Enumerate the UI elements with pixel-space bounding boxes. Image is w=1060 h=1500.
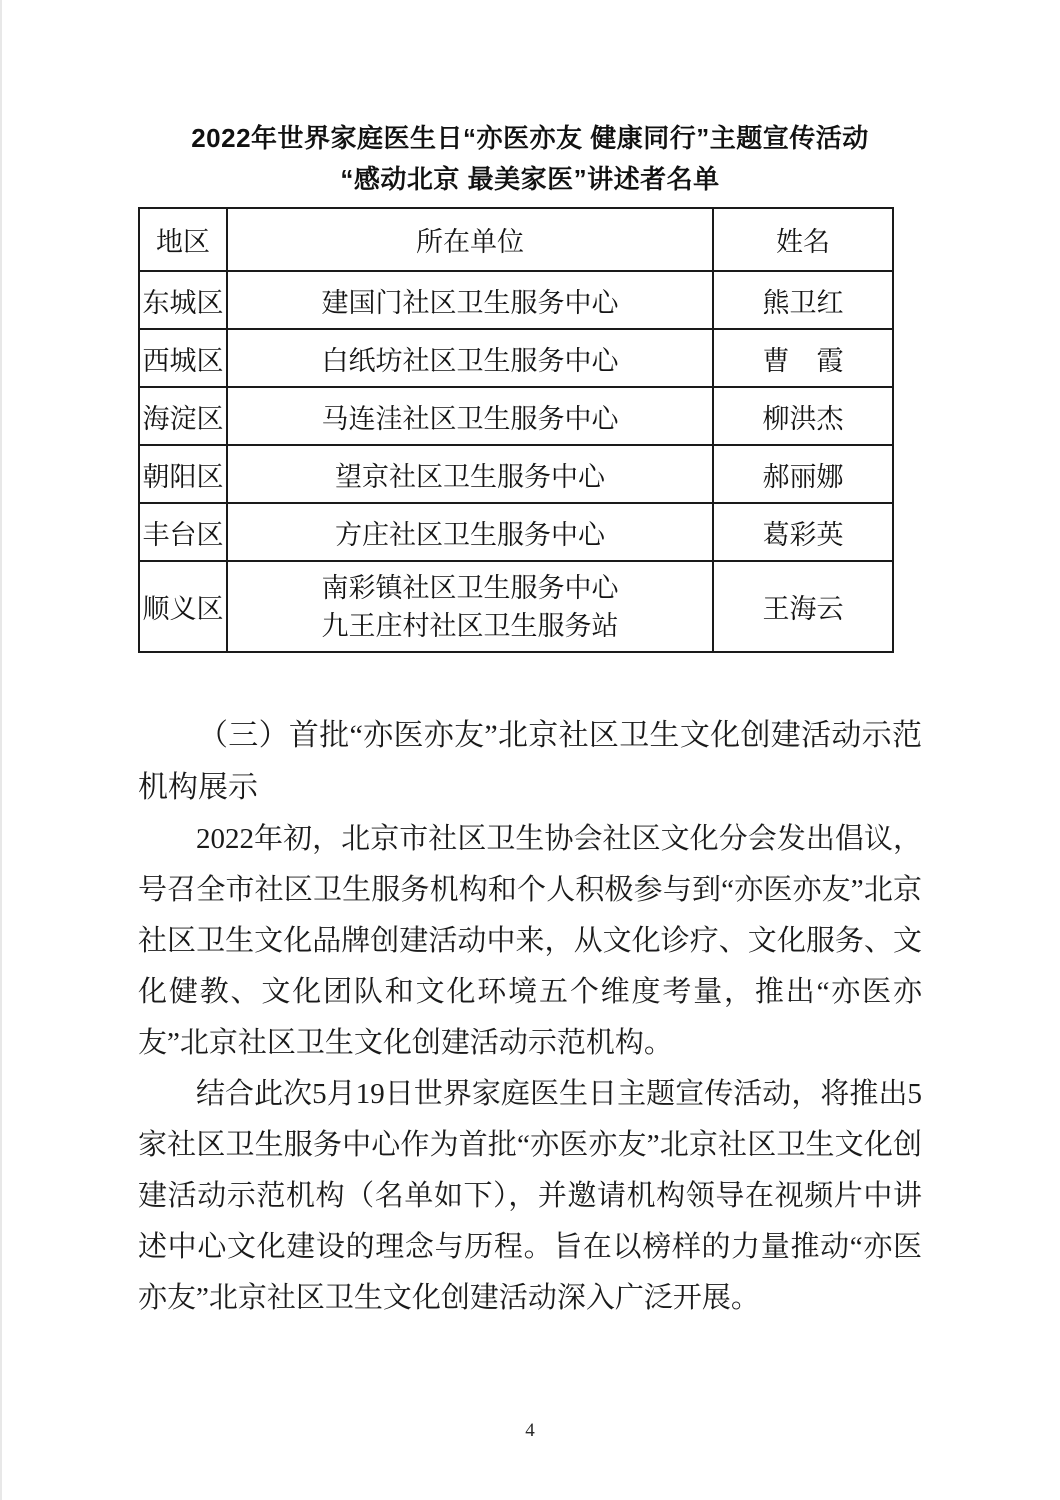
document-body: （三）首批“亦医亦友”北京社区卫生文化创建活动示范机构展示 2022年初，北京市…: [138, 710, 922, 1324]
unit-line-1: 南彩镇社区卫生服务中心: [228, 569, 712, 607]
unit-cell: 建国门社区卫生服务中心: [227, 271, 713, 329]
paragraph-2: 结合此次5月19日世界家庭医生日主题宣传活动，将推出5家社区卫生服务中心作为首批…: [138, 1069, 922, 1324]
unit-cell: 马连洼社区卫生服务中心: [227, 387, 713, 445]
unit-cell: 望京社区卫生服务中心: [227, 445, 713, 503]
district-cell: 顺义区: [139, 561, 227, 652]
name-cell: 熊卫红: [713, 271, 893, 329]
district-cell: 海淀区: [139, 387, 227, 445]
document-title: 2022年世界家庭医生日“亦医亦友 健康同行”主题宣传活动 “感动北京 最美家医…: [138, 118, 922, 200]
column-header-unit: 所在单位: [227, 208, 713, 271]
name-cell: 柳洪杰: [713, 387, 893, 445]
page-number: 4: [0, 1420, 1060, 1442]
name-cell: 曹 霞: [713, 329, 893, 387]
name-cell: 王海云: [713, 561, 893, 652]
paragraph-1: 2022年初，北京市社区卫生协会社区文化分会发出倡议，号召全市社区卫生服务机构和…: [138, 814, 922, 1069]
district-cell: 丰台区: [139, 503, 227, 561]
unit-cell: 白纸坊社区卫生服务中心: [227, 329, 713, 387]
doc-title-line1: 2022年世界家庭医生日“亦医亦友 健康同行”主题宣传活动: [138, 118, 922, 159]
table-row: 海淀区 马连洼社区卫生服务中心 柳洪杰: [139, 387, 893, 445]
document-page: 2022年世界家庭医生日“亦医亦友 健康同行”主题宣传活动 “感动北京 最美家医…: [0, 0, 1060, 1500]
district-cell: 西城区: [139, 329, 227, 387]
table-row: 朝阳区 望京社区卫生服务中心 郝丽娜: [139, 445, 893, 503]
unit-cell: 方庄社区卫生服务中心: [227, 503, 713, 561]
name-cell: 郝丽娜: [713, 445, 893, 503]
table-row: 东城区 建国门社区卫生服务中心 熊卫红: [139, 271, 893, 329]
column-header-district: 地区: [139, 208, 227, 271]
district-cell: 东城区: [139, 271, 227, 329]
speakers-table: 地区 所在单位 姓名 东城区 建国门社区卫生服务中心 熊卫红 西城区 白纸坊社区…: [138, 207, 894, 653]
doc-title-line2: “感动北京 最美家医”讲述者名单: [138, 159, 922, 200]
section-heading: （三）首批“亦医亦友”北京社区卫生文化创建活动示范机构展示: [138, 710, 922, 814]
table-row: 顺义区 南彩镇社区卫生服务中心 九王庄村社区卫生服务站 王海云: [139, 561, 893, 652]
unit-cell: 南彩镇社区卫生服务中心 九王庄村社区卫生服务站: [227, 561, 713, 652]
column-header-name: 姓名: [713, 208, 893, 271]
table-row: 丰台区 方庄社区卫生服务中心 葛彩英: [139, 503, 893, 561]
table-header-row: 地区 所在单位 姓名: [139, 208, 893, 271]
name-cell: 葛彩英: [713, 503, 893, 561]
unit-line-2: 九王庄村社区卫生服务站: [228, 607, 712, 645]
table-row: 西城区 白纸坊社区卫生服务中心 曹 霞: [139, 329, 893, 387]
district-cell: 朝阳区: [139, 445, 227, 503]
